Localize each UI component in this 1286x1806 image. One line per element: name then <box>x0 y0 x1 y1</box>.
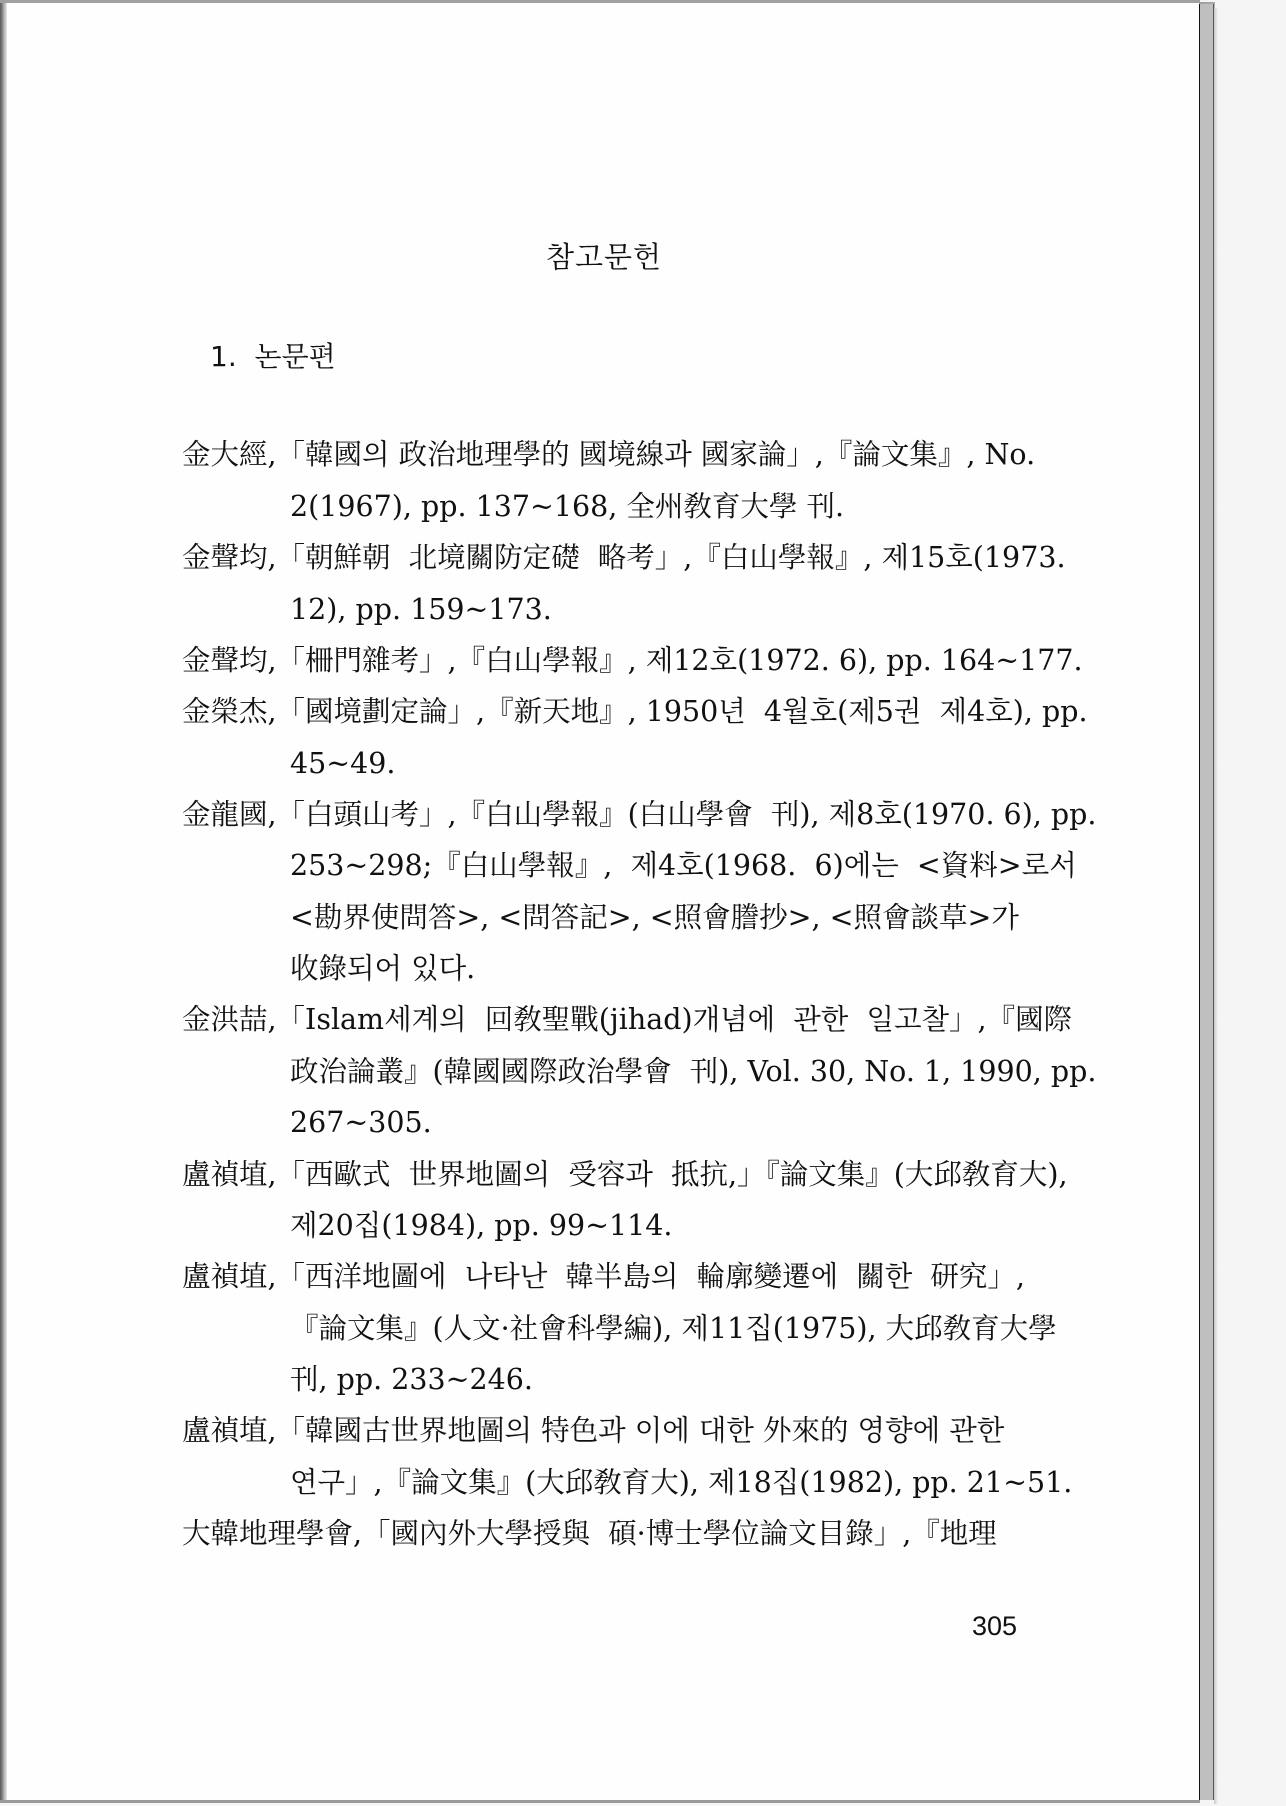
reference-line: 『論文集』(人文·社會科學編), 제11집(1975), 大邱敎育大學 <box>290 1309 1057 1349</box>
reference-line: 金聲均,「柵門雜考」,『白山學報』, 제12호(1972. 6), pp. 16… <box>182 641 1083 681</box>
reference-line: 金龍國,「白頭山考」,『白山學報』(白山學會 刊), 제8호(1970. 6),… <box>182 795 1096 835</box>
page-right-edge <box>1199 4 1214 1800</box>
reference-line: 267~305. <box>290 1103 432 1143</box>
reference-line: 金榮杰,「國境劃定論」,『新天地』, 1950년 4월호(제5권 제4호), p… <box>182 692 1088 732</box>
page-left-edge <box>0 3 7 1800</box>
document-viewer: 참고문헌 1. 논문편 金大經,「韓國의 政治地理學的 國境線과 國家論」,『論… <box>0 0 1286 1806</box>
reference-line: 제20집(1984), pp. 99~114. <box>290 1206 672 1246</box>
reference-line: 刊, pp. 233~246. <box>290 1360 533 1400</box>
reference-line: 253~298;『白山學報』, 제4호(1968. 6)에는 <資料>로서 <box>290 846 1077 886</box>
reference-line: 金大經,「韓國의 政治地理學的 國境線과 國家論」,『論文集』, No. <box>182 435 1035 475</box>
reference-line: 金洪喆,「Islam세계의 回敎聖戰(jihad)개념에 관한 일고찰」,『國際 <box>182 1000 1072 1040</box>
reference-line: 45~49. <box>290 744 395 784</box>
reference-line: 2(1967), pp. 137~168, 全州敎育大學 刊. <box>290 487 844 527</box>
reference-line: <勘界使問答>, <問答記>, <照會謄抄>, <照會談草>가 <box>290 898 1019 938</box>
reference-line: 12), pp. 159~173. <box>290 590 552 630</box>
reference-line: 盧禎埴,「西洋地圖에 나타난 韓半島의 輪廓變遷에 關한 研究」, <box>182 1257 1025 1297</box>
page-number: 305 <box>972 1611 1017 1642</box>
reference-line: 盧禎埴,「西歐式 世界地圖의 受容과 抵抗,」『論文集』(大邱敎育大), <box>182 1155 1068 1195</box>
reference-line: 政治論叢』(韓國國際政治學會 刊), Vol. 30, No. 1, 1990,… <box>290 1052 1096 1092</box>
page-shadow <box>1214 8 1218 1804</box>
page-title: 참고문헌 <box>0 235 1204 276</box>
reference-line: 연구」,『論文集』(大邱敎育大), 제18집(1982), pp. 21~51. <box>290 1463 1072 1503</box>
reference-line: 金聲均,「朝鮮朝 北境關防定礎 略考」,『白山學報』, 제15호(1973. <box>182 538 1066 578</box>
reference-line: 盧禎埴,「韓國古世界地圖의 特色과 이에 대한 外來的 영향에 관한 <box>182 1411 1004 1451</box>
reference-line: 收錄되어 있다. <box>290 949 475 989</box>
document-page: 참고문헌 1. 논문편 金大經,「韓國의 政治地理學的 國境線과 國家論」,『論… <box>0 0 1200 1803</box>
reference-line: 大韓地理學會,「國內外大學授與 碩·博士學位論文目錄」,『地理 <box>182 1514 997 1554</box>
section-heading: 1. 논문편 <box>210 335 336 375</box>
